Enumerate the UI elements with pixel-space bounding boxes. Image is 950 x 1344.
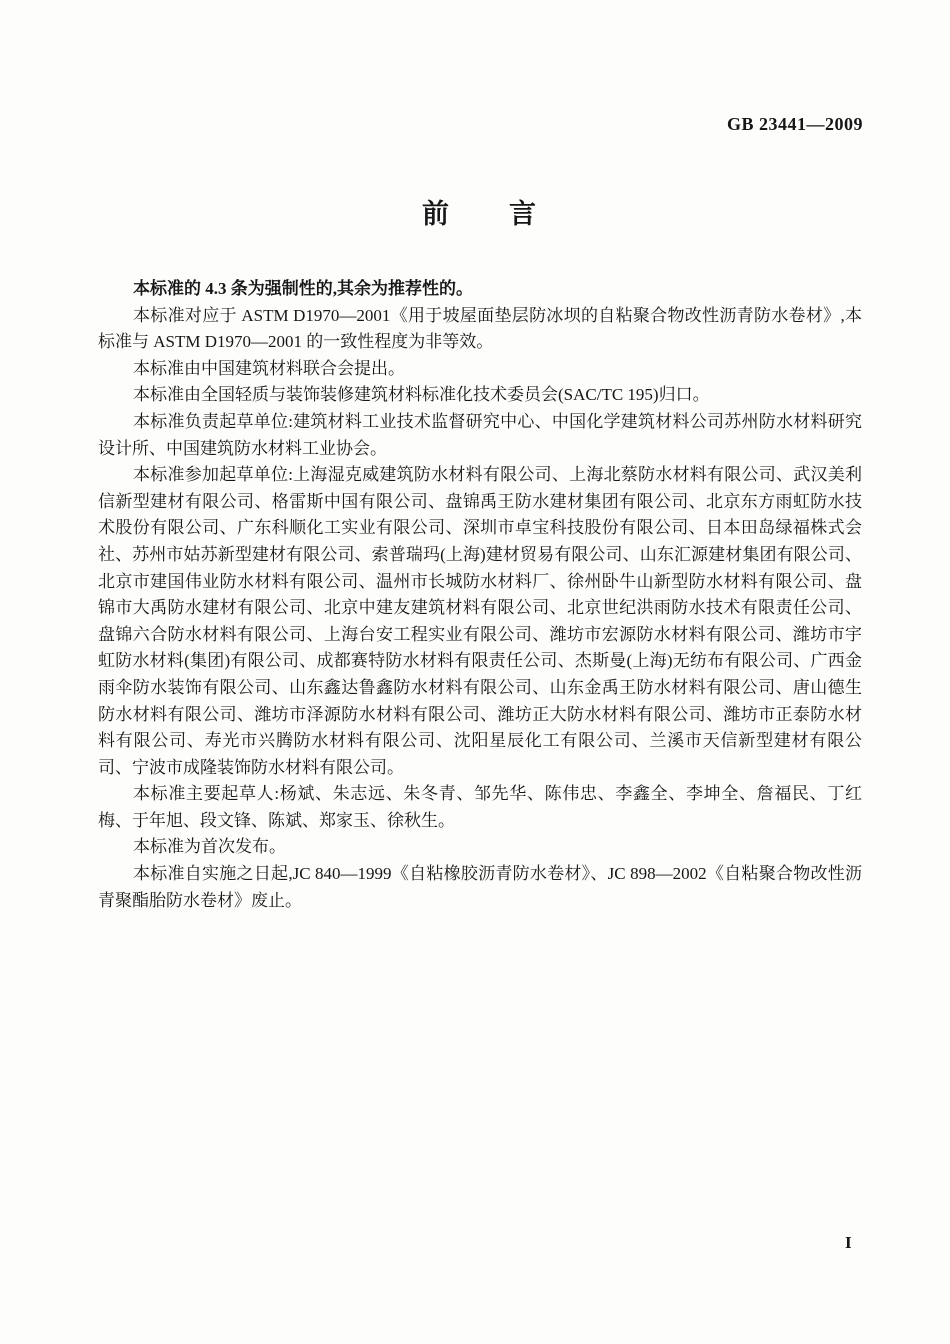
foreword-paragraphs: 本标准的 4.3 条为强制性的,其余为推荐性的。本标准对应于 ASTM D197… <box>98 276 862 914</box>
foreword-paragraph: 本标准参加起草单位:上海湿克威建筑防水材料有限公司、上海北蔡防水材料有限公司、武… <box>98 462 862 781</box>
standard-code: GB 23441—2009 <box>727 114 863 135</box>
foreword-paragraph: 本标准主要起草人:杨斌、朱志远、朱冬青、邹先华、陈伟忠、李鑫全、李坤全、詹福民、… <box>98 781 862 834</box>
foreword-paragraph: 本标准自实施之日起,JC 840—1999《自粘橡胶沥青防水卷材》、JC 898… <box>98 861 862 914</box>
foreword-paragraph: 本标准由全国轻质与装饰装修建筑材料标准化技术委员会(SAC/TC 195)归口。 <box>98 382 862 409</box>
foreword-paragraph: 本标准由中国建筑材料联合会提出。 <box>98 356 862 383</box>
page-number: I <box>845 1233 852 1253</box>
foreword-paragraph: 本标准负责起草单位:建筑材料工业技术监督研究中心、中国化学建筑材料公司苏州防水材… <box>98 409 862 462</box>
document-page: GB 23441—2009 前 言 本标准的 4.3 条为强制性的,其余为推荐性… <box>0 0 950 1344</box>
page-title: 前 言 <box>98 192 862 231</box>
foreword-paragraph: 本标准对应于 ASTM D1970—2001《用于坡屋面垫层防冰坝的自粘聚合物改… <box>98 303 862 356</box>
foreword-paragraph: 本标准为首次发布。 <box>98 834 862 861</box>
foreword-paragraph: 本标准的 4.3 条为强制性的,其余为推荐性的。 <box>98 276 862 303</box>
